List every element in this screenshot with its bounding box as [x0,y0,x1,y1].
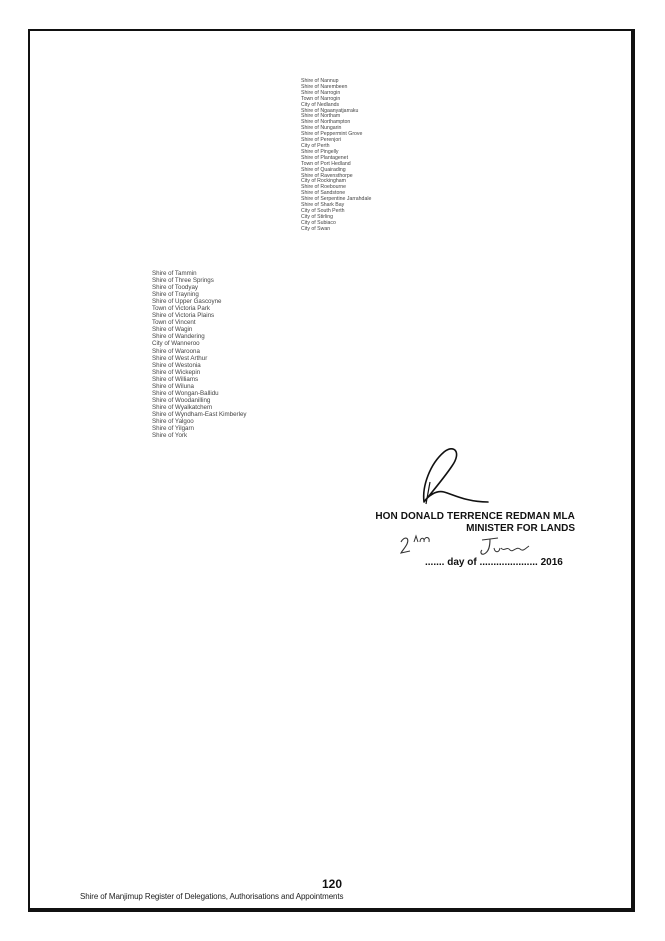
list-item: Shire of Tammin [152,270,247,277]
list-item: Shire of Trayning [152,291,247,298]
list-item: Shire of Upper Gascoyne [152,298,247,305]
list-item: Shire of Westonia [152,362,247,369]
local-government-list-final: Shire of TamminShire of Three SpringsShi… [152,270,247,439]
list-item: Shire of Wiluna [152,383,247,390]
list-item: Town of Victoria Park [152,305,247,312]
list-item: Shire of Victoria Plains [152,312,247,319]
list-item: Shire of York [152,432,247,439]
list-item: Shire of Toodyay [152,284,247,291]
list-item: City of Wanneroo [152,340,247,347]
list-item: Shire of Three Springs [152,277,247,284]
list-item: Town of Vincent [152,319,247,326]
signatory-name: HON DONALD TERRENCE REDMAN MLA [375,511,575,522]
list-item: Shire of West Arthur [152,355,247,362]
list-item: Shire of Wongan-Ballidu [152,390,247,397]
list-item: Shire of Wandering [152,333,247,340]
list-item: Shire of Wagin [152,326,247,333]
list-item: Shire of Williams [152,376,247,383]
list-item: City of Swan [301,227,371,233]
list-item: Shire of Wickepin [152,369,247,376]
signature-date-line: ....... day of ..................... 201… [425,557,563,568]
signatory-title: MINISTER FOR LANDS [466,523,575,534]
signature-icon [418,446,498,508]
list-item: Shire of Waroona [152,348,247,355]
page-footer: Shire of Manjimup Register of Delegation… [80,892,343,901]
handwritten-day-icon [398,532,438,556]
page-number: 120 [322,877,342,891]
list-item: Shire of Yilgarn [152,425,247,432]
handwritten-month-icon [480,536,530,558]
list-item: Shire of Yalgoo [152,418,247,425]
list-item: Shire of Wyalkatchem [152,404,247,411]
list-item: Shire of Woodanilling [152,397,247,404]
list-item: Shire of Wyndham-East Kimberley [152,411,247,418]
local-government-list-continued: Shire of NannupShire of NarembeenShire o… [301,79,371,233]
